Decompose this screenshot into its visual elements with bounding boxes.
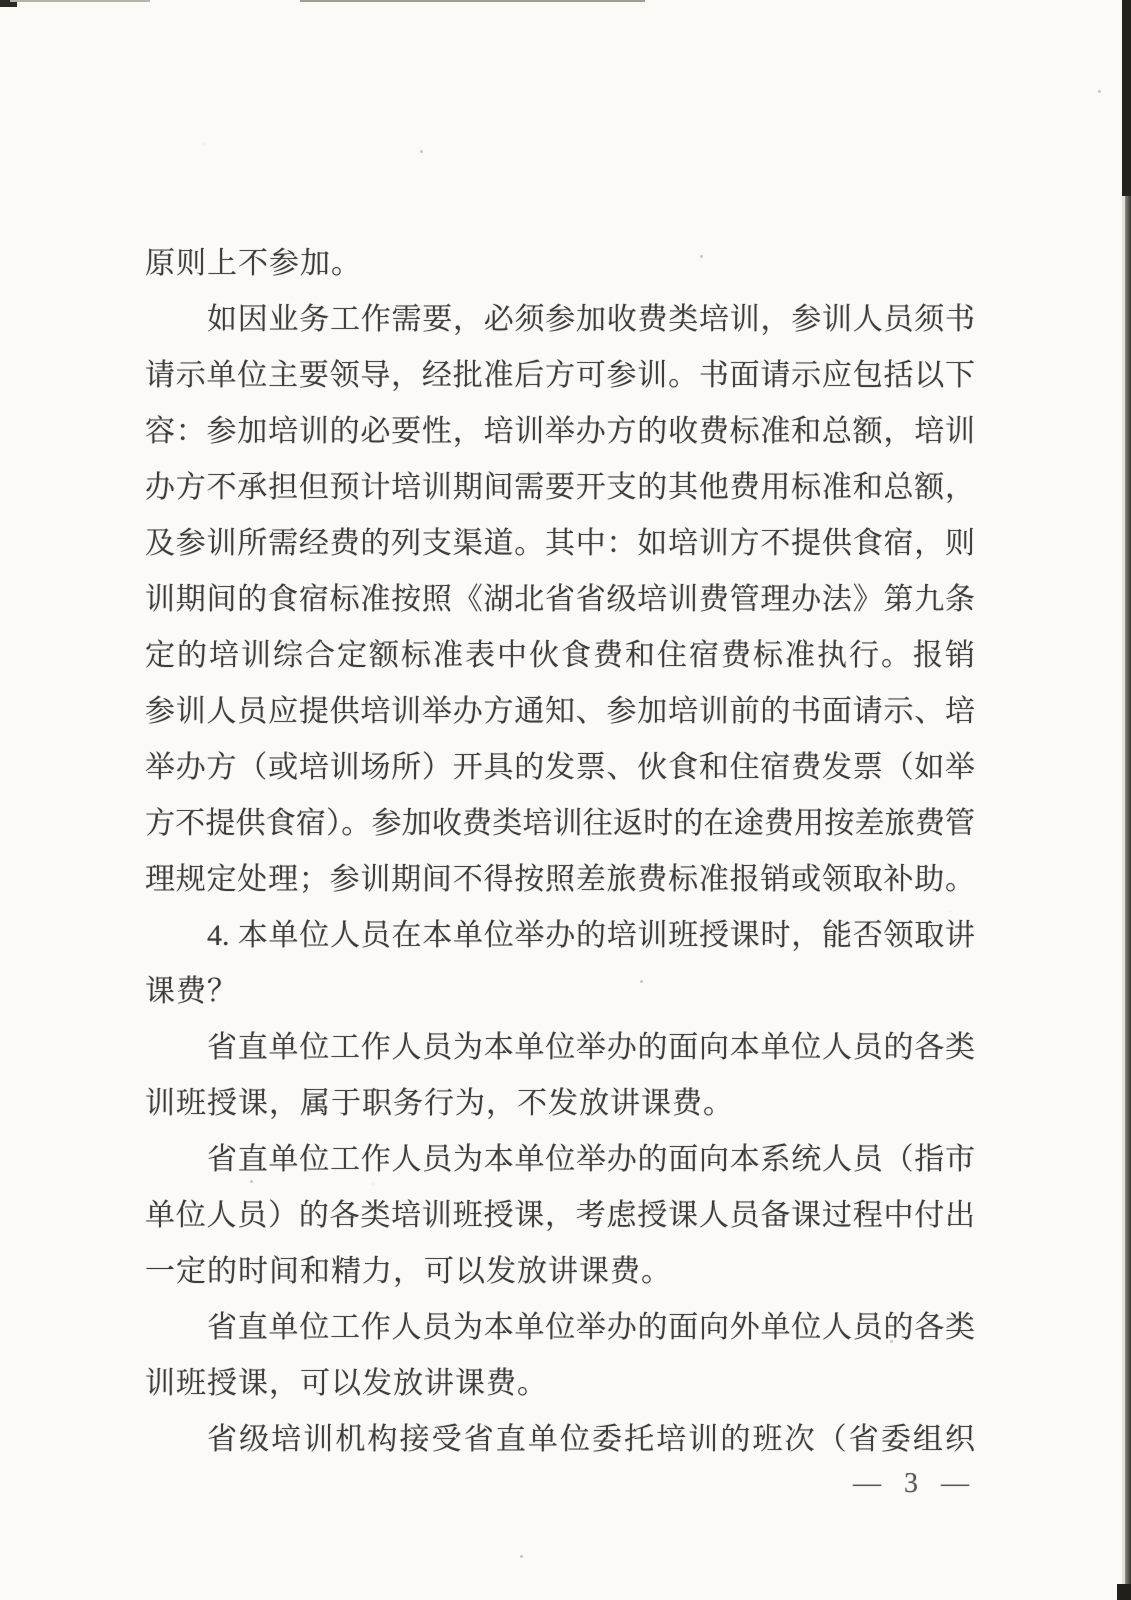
text-line: 省直单位工作人员为本单位举办的面向外单位人员的各类培 — [145, 1300, 975, 1356]
text-line: 参训人员应提供培训举办方通知、参加培训前的书面请示、培训 — [145, 684, 975, 740]
text-line: 省级培训机构接受省直单位委托培训的班次（省委组织部、 — [145, 1412, 975, 1468]
scan-edge-mark-top-left — [0, 0, 17, 7]
text-line: 方不提供食宿）。参加收费类培训往返时的在途费用按差旅费管 — [145, 796, 975, 852]
text-line: 容：参加培训的必要性，培训举办方的收费标准和总额，培训举 — [145, 404, 975, 460]
scan-edge-line-right — [1122, 196, 1125, 1600]
text-line: 及参训所需经费的列支渠道。其中：如培训方不提供食宿，则培 — [145, 516, 975, 572]
text-line: 请示单位主要领导，经批准后方可参训。书面请示应包括以下内 — [145, 348, 975, 404]
scan-speckle — [1098, 90, 1101, 93]
scan-edge-line-top — [10, 0, 150, 2]
text-line: 如因业务工作需要，必须参加收费类培训，参训人员须书面 — [145, 292, 975, 348]
scan-edge-band-right — [1122, 0, 1131, 196]
scan-edge-mark-bottom-right — [1117, 1584, 1131, 1600]
scan-speckle — [420, 150, 423, 153]
text-line: 原则上不参加。 — [145, 236, 975, 292]
text-line: 训期间的食宿标准按照《湖北省省级培训费管理办法》第九条规 — [145, 572, 975, 628]
text-line: 办方不承担但预计培训期间需要开支的其他费用标准和总额，以 — [145, 460, 975, 516]
scan-edge-line-right — [1125, 196, 1131, 1600]
text-line: 省直单位工作人员为本单位举办的面向本单位人员的各类培 — [145, 1020, 975, 1076]
text-line: 定的培训综合定额标准表中伙食费和住宿费标准执行。报销时， — [145, 628, 975, 684]
text-line: 课费？ — [145, 964, 975, 1020]
text-line: 训班授课，属于职务行为，不发放讲课费。 — [145, 1076, 975, 1132]
scan-speckle — [520, 1555, 523, 1558]
scan-edge-line-top — [300, 0, 645, 2]
text-line: 理规定处理；参训期间不得按照差旅费标准报销或领取补助。 — [145, 852, 975, 908]
text-line: 训班授课，可以发放讲课费。 — [145, 1356, 975, 1412]
text-line: 举办方（或培训场所）开具的发票、伙食和住宿费发票（如举办 — [145, 740, 975, 796]
text-line: 4. 本单位人员在本单位举办的培训班授课时，能否领取讲 — [145, 908, 975, 964]
text-line: 省直单位工作人员为本单位举办的面向本系统人员（指市县 — [145, 1132, 975, 1188]
page-number: — 3 — — [848, 1464, 982, 1504]
scanned-document-page: 原则上不参加。如因业务工作需要，必须参加收费类培训，参训人员须书面请示单位主要领… — [0, 0, 1131, 1600]
text-line: 单位人员）的各类培训班授课，考虑授课人员备课过程中付出了 — [145, 1188, 975, 1244]
text-line: 一定的时间和精力，可以发放讲课费。 — [145, 1244, 975, 1300]
document-body: 原则上不参加。如因业务工作需要，必须参加收费类培训，参训人员须书面请示单位主要领… — [145, 236, 975, 1468]
